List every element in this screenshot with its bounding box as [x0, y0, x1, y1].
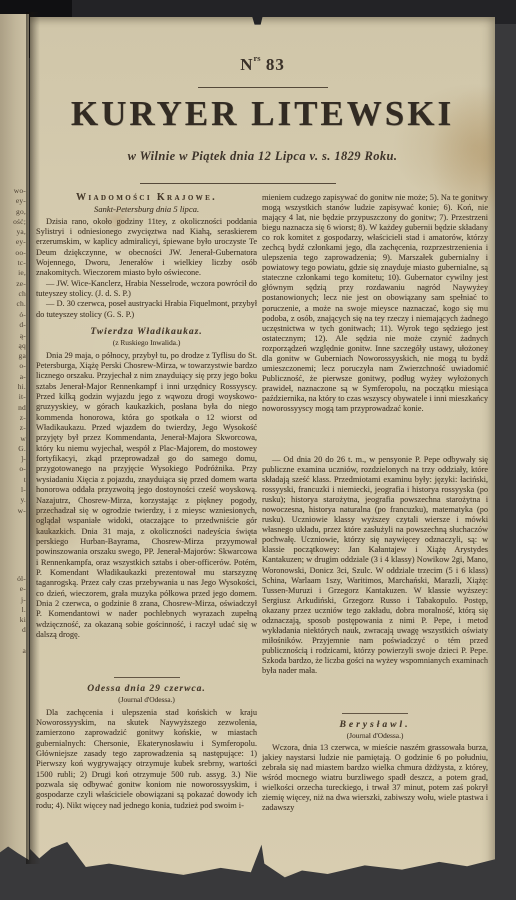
adjacent-page-text-fragment: hi. — [0, 382, 27, 392]
newspaper-page: Nrs 83 KURYER LITEWSKI w Wilnie w Piątek… — [30, 17, 495, 880]
adjacent-page-text-fragment: w — [0, 434, 27, 444]
adjacent-page-text-fragment: o- — [0, 361, 27, 371]
adjacent-page-text-fragment: ąq — [0, 341, 27, 351]
section-heading: Twierdza Władikaukaz. — [36, 327, 257, 337]
news-paragraph: — JW. Wice-Kanclerz, Hrabia Nesselrode, … — [36, 279, 257, 300]
source-note: (Journal d'Odessa.) — [36, 695, 257, 705]
section-heading: Wiadomości Krajowe. — [36, 193, 257, 203]
section-pensyon-pepe: — Od dnia 20 do 26 t. m., w pensyonie P.… — [262, 455, 488, 709]
adjacent-page-text-fragment: G. — [0, 444, 27, 454]
issue-value: 83 — [266, 55, 285, 74]
adjacent-page-text-fragment: o- — [0, 464, 27, 474]
news-paragraph: Dzisia rano, około godziny 11tey, z okol… — [36, 217, 257, 279]
adjacent-page-text-fragment: ey- — [0, 237, 27, 247]
issue-superscript: rs — [253, 53, 260, 63]
newspaper-title: KURYER LITEWSKI — [30, 94, 495, 134]
adjacent-page-text-fragment: ya, — [0, 227, 27, 237]
adjacent-page-text-fragment: z- — [0, 413, 27, 423]
adjacent-page-text-fragment: ki — [0, 615, 27, 625]
adjacent-page-text-fragment: y. — [0, 495, 27, 505]
adjacent-page-text-fragment: a- — [0, 372, 27, 382]
section-dateline: Sankt-Petersburg dnia 5 lipca. — [36, 204, 257, 214]
section-twierdza-wladikaukaz: Twierdza Władikaukaz. (z Ruskiego Inwali… — [36, 327, 257, 673]
adjacent-page-text-fragment: it- — [0, 392, 27, 402]
issue-prefix: N — [240, 55, 253, 74]
news-paragraph: — D. 30 czerwca, poseł austryacki Hrabia… — [36, 299, 257, 320]
adjacent-page-text-fragment: ze- — [0, 279, 27, 289]
adjacent-page-text-fragment: wo- — [0, 186, 27, 196]
adjacent-page-text-fragment: d- — [0, 320, 27, 330]
adjacent-fragments-bottom: ól-e-j-l.kida — [0, 574, 27, 656]
adjacent-page-text-fragment: tc- — [0, 258, 27, 268]
adjacent-page-text-fragment: ie, — [0, 268, 27, 278]
dateline: w Wilnie w Piątek dnia 12 Lipca v. s. 18… — [30, 149, 495, 164]
section-divider-rule — [114, 677, 180, 678]
adjacent-page-text-fragment: ól- — [0, 574, 27, 584]
section-odessa: Odessa dnia 29 czerwca. (Journal d'Odess… — [36, 673, 257, 849]
news-paragraph: Dla zachęcenia i ulepszenia stad końskic… — [36, 708, 257, 811]
news-paragraph: mieniem cudzego zapisywać do gonitw nie … — [262, 193, 488, 414]
section-heading: Odessa dnia 29 czerwca. — [36, 684, 257, 694]
adjacent-page-sliver: wo-ey-go,ość;ya,ey-oo-tc-ie,ze-chch. ó-d… — [0, 14, 29, 860]
right-column: mieniem cudzego zapisywać do gonitw nie … — [262, 193, 488, 849]
adjacent-page-text-fragment: nd — [0, 403, 27, 413]
masthead-rule-bottom — [140, 183, 336, 184]
adjacent-page-text-fragment: l. — [0, 605, 27, 615]
continuation-gonitwy: mieniem cudzego zapisywać do gonitw nie … — [262, 193, 488, 455]
adjacent-page-text-fragment: w- — [0, 506, 27, 516]
adjacent-page-text-fragment: ch. — [0, 299, 27, 309]
adjacent-page-text-fragment: ą- — [0, 331, 27, 341]
adjacent-page-text-fragment: z- — [0, 423, 27, 433]
issue-number: Nrs 83 — [30, 53, 495, 75]
section-wiadomosci-krajowe: Wiadomości Krajowe. Sankt-Petersburg dni… — [36, 193, 257, 327]
adjacent-fragments-top: wo-ey-go,ość;ya,ey-oo-tc-ie,ze-chch. — [0, 186, 27, 310]
adjacent-page-text-fragment: ]- — [0, 454, 27, 464]
masthead-rule-top — [198, 87, 328, 88]
adjacent-page-text-fragment: d — [0, 625, 27, 635]
adjacent-page-text-fragment: ó- — [0, 310, 27, 320]
left-column: Wiadomości Krajowe. Sankt-Petersburg dni… — [36, 193, 257, 849]
source-note: (Journal d'Odessa.) — [262, 731, 488, 741]
section-heading: Berysławl. — [262, 720, 488, 730]
adjacent-page-text-fragment — [0, 636, 27, 646]
news-paragraph: Wczora, dnia 13 czerwca, w mieście naszé… — [262, 743, 488, 813]
adjacent-page-text-fragment: ga — [0, 351, 27, 361]
news-paragraph: — Od dnia 20 do 26 t. m., w pensyonie P.… — [262, 455, 488, 676]
adjacent-page-text-fragment: l- — [0, 485, 27, 495]
adjacent-page-text-fragment: ey- — [0, 196, 27, 206]
adjacent-page-text-fragment: oo- — [0, 248, 27, 258]
adjacent-page-text-fragment: go, — [0, 207, 27, 217]
section-divider-rule — [342, 713, 408, 714]
adjacent-page-text-fragment: ch — [0, 289, 27, 299]
adjacent-page-text-fragment: j- — [0, 595, 27, 605]
adjacent-page-text-fragment: e- — [0, 584, 27, 594]
section-beryslawl: Berysławl. (Journal d'Odessa.) Wczora, d… — [262, 709, 488, 849]
adjacent-page-text-fragment: t — [0, 475, 27, 485]
adjacent-page-text-fragment: a — [0, 646, 27, 656]
source-note: (z Ruskiego Inwalida.) — [36, 338, 257, 348]
news-paragraph: Dnia 29 maja, o północy, przybył tu, po … — [36, 351, 257, 641]
adjacent-fragments-middle: ó-d-ą-ąqgao-a-hi.it-ndz-z-wG.]-o-tl-y.w- — [0, 310, 27, 516]
adjacent-page-text-fragment: ość; — [0, 217, 27, 227]
